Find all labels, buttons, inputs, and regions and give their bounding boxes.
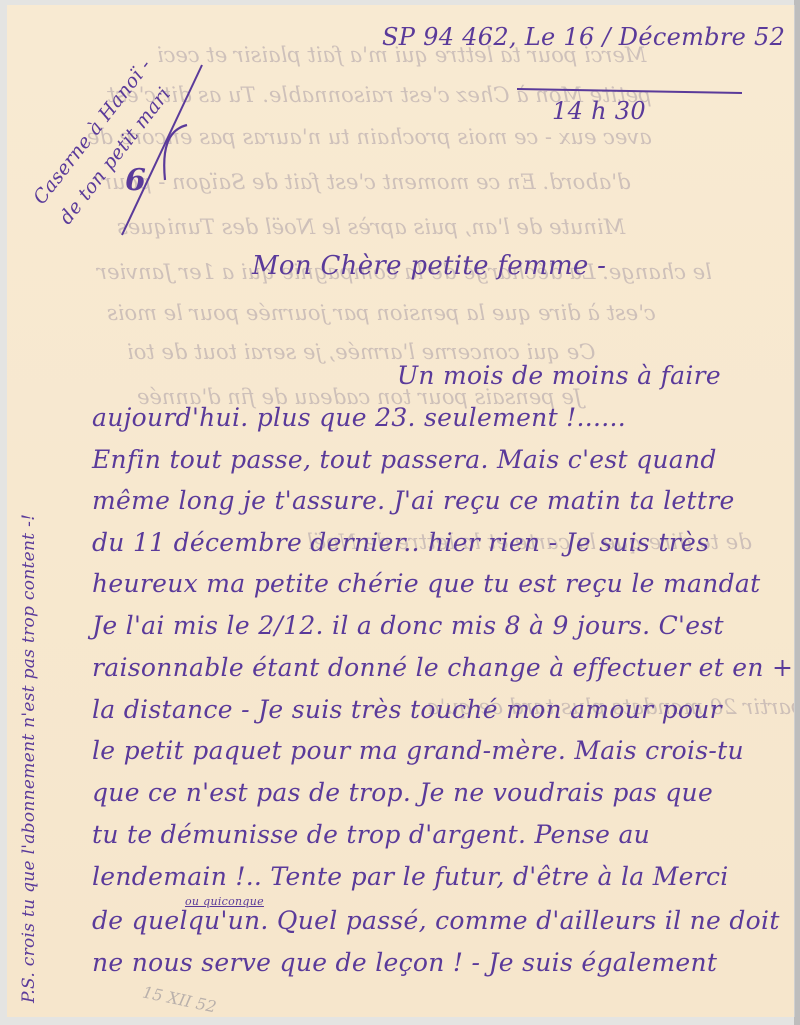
page-number: 6 — [125, 163, 146, 198]
letter-body-line: le petit paquet pour ma grand-mère. Mais… — [92, 736, 744, 765]
letter-body-line: lendemain !.. Tente par le futur, d'être… — [92, 862, 729, 891]
letter-body-line: du 11 décembre dernier.. hier rien - Je … — [92, 528, 709, 557]
header-underline — [517, 88, 742, 94]
pencil-annotation: 15 XII 52 — [141, 982, 218, 1016]
letter-body-line: tu te démunisse de trop d'argent. Pense … — [92, 820, 650, 849]
bleed-through-line: c'est à dire que la pension par journée … — [107, 301, 656, 325]
postscript-vertical: P.S. crois tu que l'abonnement n'est pas… — [19, 514, 39, 1003]
letter-page: Merci pour ta lettre qui m'a fait plaisi… — [7, 5, 794, 1017]
letter-body-line: Je l'ai mis le 2/12. il a donc mis 8 à 9… — [92, 611, 724, 640]
letter-body-line: raisonnable étant donné le change à effe… — [92, 653, 793, 682]
letter-date-header: SP 94 462, Le 16 / Décembre 52 — [382, 23, 785, 51]
letter-body-line: même long je t'assure. J'ai reçu ce mati… — [92, 486, 735, 515]
letter-body-line: aujourd'hui. plus que 23. seulement !...… — [92, 403, 626, 432]
letter-body-line: que ce n'est pas de trop. Je ne voudrais… — [92, 778, 713, 807]
letter-body-line: Un mois de moins à faire — [397, 361, 721, 390]
letter-salutation: Mon Chère petite femme - — [252, 251, 606, 281]
letter-body-line: la distance - Je suis très touché mon am… — [92, 695, 722, 724]
letter-body-line: heureux ma petite chérie que tu est reçu… — [92, 569, 760, 598]
letter-time: 14 h 30 — [552, 97, 646, 125]
scanner-edge — [794, 0, 800, 1025]
letter-body-line: Enfin tout passe, tout passera. Mais c'e… — [92, 445, 717, 474]
letter-body-line: ne nous serve que de leçon ! - Je suis é… — [92, 948, 717, 977]
letter-body-line: de quelqu'un. Quel passé, comme d'ailleu… — [92, 906, 780, 935]
